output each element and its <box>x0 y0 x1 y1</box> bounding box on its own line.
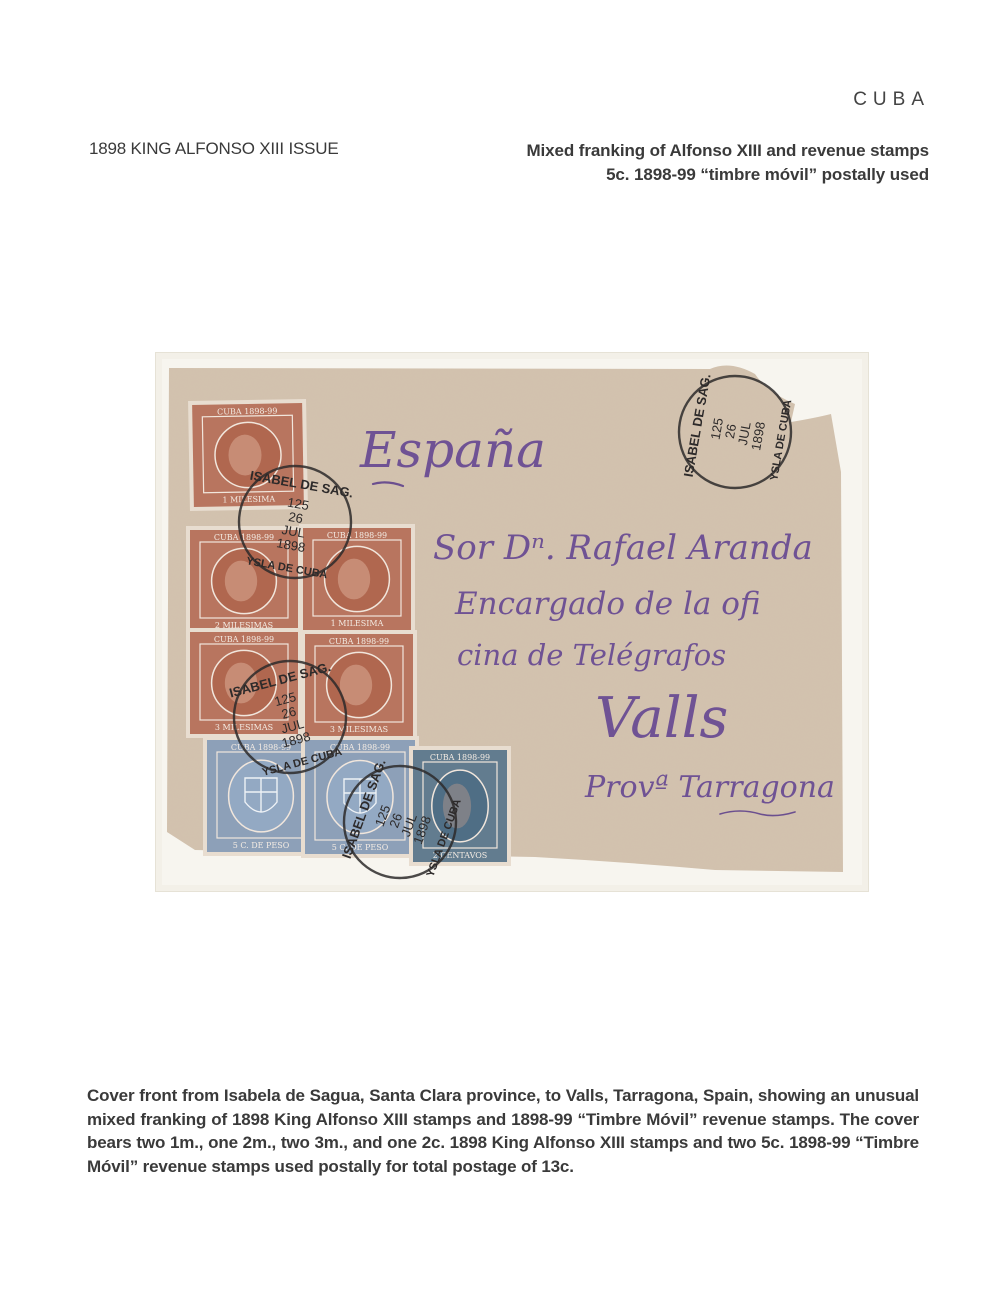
svg-text:cina de Telégrafos: cina de Telégrafos <box>457 638 726 672</box>
issue-title: 1898 KING ALFONSO XIII ISSUE <box>89 139 339 159</box>
svg-text:CUBA 1898-99: CUBA 1898-99 <box>214 635 274 644</box>
subtitle-line-1: Mixed franking of Alfonso XIII and reven… <box>526 139 929 163</box>
svg-text:5 C. DE PESO: 5 C. DE PESO <box>233 841 290 850</box>
svg-text:1 MILESIMA: 1 MILESIMA <box>222 495 275 505</box>
svg-text:Sor Dⁿ. Rafael Aranda: Sor Dⁿ. Rafael Aranda <box>433 528 813 568</box>
svg-text:España: España <box>359 421 546 479</box>
cover-description: Cover front from Isabela de Sagua, Santa… <box>87 1084 919 1178</box>
svg-text:CUBA 1898-99: CUBA 1898-99 <box>329 637 389 646</box>
page-subtitle: Mixed franking of Alfonso XIII and reven… <box>526 139 929 187</box>
svg-text:CUBA 1898-99: CUBA 1898-99 <box>217 406 277 416</box>
svg-text:Encargado de la ofi: Encargado de la ofi <box>454 586 761 622</box>
stamp: CUBA 1898-993 MILESIMAS <box>301 630 417 740</box>
svg-text:Provª Tarragona: Provª Tarragona <box>584 770 835 805</box>
svg-text:3 MILESIMAS: 3 MILESIMAS <box>330 725 388 734</box>
svg-text:3 MILESIMAS: 3 MILESIMAS <box>215 723 273 732</box>
cover-front-image: CUBA 1898-991 MILESIMACUBA 1898-992 MILE… <box>155 352 867 890</box>
svg-text:CUBA 1898-99: CUBA 1898-99 <box>327 531 387 540</box>
svg-text:Valls: Valls <box>595 686 728 751</box>
country-heading: CUBA <box>853 89 930 111</box>
svg-text:1 MILESIMA: 1 MILESIMA <box>331 619 384 628</box>
subtitle-line-2: 5c. 1898-99 “timbre móvil” postally used <box>526 163 929 187</box>
svg-text:CUBA 1898-99: CUBA 1898-99 <box>214 533 274 542</box>
svg-text:CUBA 1898-99: CUBA 1898-99 <box>430 753 490 762</box>
